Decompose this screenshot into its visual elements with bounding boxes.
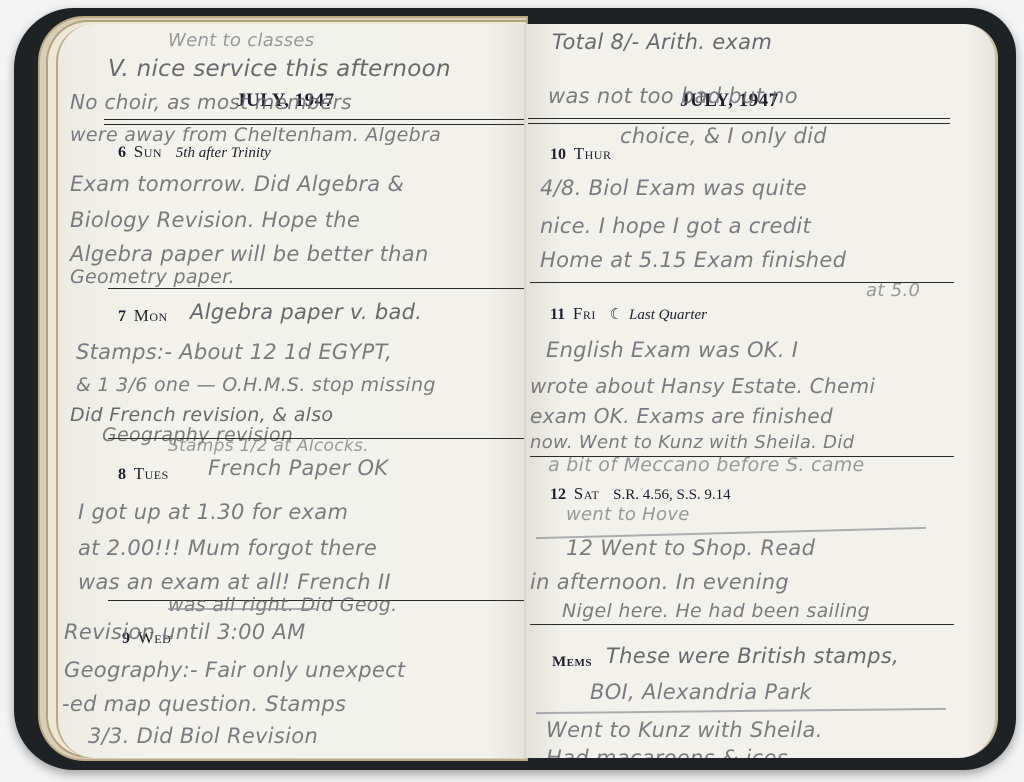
- handwriting-line: -ed map question. Stamps: [62, 692, 346, 716]
- day-name: Tues: [134, 464, 169, 483]
- handwriting-line: a bit of Meccano before S. came: [548, 454, 865, 476]
- handwriting-line: French Paper OK: [208, 456, 388, 480]
- day-name: Thur: [574, 144, 612, 163]
- handwriting-line: Nigel here. He had been sailing: [562, 600, 870, 622]
- handwriting-line: Had macaroons & ices: [546, 746, 788, 758]
- handwriting-line: was all right. Did Geog.: [168, 594, 397, 616]
- handwriting-line: 3/3. Did Biol Revision: [88, 724, 318, 748]
- handwriting-line: Went to Kunz with Sheila.: [546, 718, 823, 742]
- day-number: 7: [118, 308, 126, 325]
- handwriting-line: V. nice service this afternoon: [108, 56, 451, 82]
- pencil-divider-mark: [536, 708, 946, 714]
- handwriting-line: was an exam at all! French II: [78, 570, 391, 594]
- handwriting-line: now. Went to Kunz with Sheila. Did: [530, 432, 854, 453]
- day-label-11-fri: 11 Fri ☾Last Quarter: [550, 304, 707, 324]
- handwriting-line: No choir, as most members: [70, 90, 352, 114]
- handwriting-line: went to Hove: [566, 504, 690, 525]
- day-label-12-sat: 12 Sat S.R. 4.56, S.S. 9.14: [550, 484, 731, 504]
- day-label-7-mon: 7 Mon: [118, 306, 168, 326]
- day-divider: [108, 288, 524, 289]
- handwriting-line: Algebra paper will be better than: [70, 242, 429, 266]
- day-number: 8: [118, 466, 126, 483]
- handwriting-line: Algebra paper v. bad.: [190, 300, 422, 324]
- day-number: 10: [550, 146, 566, 163]
- handwriting-line: Biology Revision. Hope the: [70, 208, 360, 232]
- day-divider: [530, 624, 954, 625]
- handwriting-line: at 2.00!!! Mum forgot there: [78, 536, 377, 560]
- moon-phase-note: ☾Last Quarter: [610, 307, 707, 323]
- handwriting-line: Home at 5.15 Exam finished: [540, 248, 846, 272]
- mems-label: Mems: [552, 654, 592, 671]
- handwriting-line: at 5.0: [866, 280, 920, 301]
- day-label-10-thur: 10 Thur: [550, 144, 611, 164]
- handwriting-line: Did French revision, & also: [70, 404, 333, 426]
- handwriting-line: & 1 3/6 one — O.H.M.S. stop missing: [76, 374, 436, 396]
- handwriting-line: wrote about Hansy Estate. Chemi: [530, 374, 875, 398]
- day-name: Sun: [134, 142, 162, 161]
- handwriting-line: BOI, Alexandria Park: [590, 680, 812, 704]
- handwriting-line: Revision until 3:00 AM: [64, 620, 306, 644]
- handwriting-line: Total 8/- Arith. exam: [552, 30, 772, 54]
- handwriting-line: Went to classes: [168, 30, 315, 51]
- moon-phase-icon: ☾: [610, 307, 623, 323]
- day-name: Mon: [134, 306, 168, 325]
- day-number: 11: [550, 306, 565, 323]
- handwriting-line: Stamps 1/2 at Alcocks.: [168, 436, 369, 456]
- handwriting-line: choice, & I only did: [620, 124, 827, 148]
- handwriting-line: exam OK. Exams are finished: [530, 404, 833, 428]
- left-page: Went to classes V. nice service this aft…: [56, 24, 526, 758]
- day-number: 6: [118, 144, 126, 161]
- handwriting-line: Stamps:- About 12 1d EGYPT,: [76, 340, 392, 364]
- strikethrough-mark: [168, 608, 318, 610]
- handwriting-line: nice. I hope I got a credit: [540, 214, 811, 238]
- handwriting-line: I got up at 1.30 for exam: [78, 500, 348, 524]
- moon-phase-label: Last Quarter: [629, 307, 707, 323]
- handwriting-line: These were British stamps,: [606, 644, 899, 668]
- handwriting-line: Geometry paper.: [70, 266, 235, 288]
- right-page: Total 8/- Arith. exam JULY, 1947 was not…: [526, 24, 998, 758]
- day-name: Fri: [573, 304, 596, 323]
- day-label-6-sun: 6 Sun 5th after Trinity: [118, 142, 271, 162]
- day-name: Sat: [574, 484, 600, 503]
- handwriting-line: was not too bad but no: [548, 84, 798, 108]
- handwriting-line: Exam tomorrow. Did Algebra &: [70, 172, 404, 196]
- day-number: 12: [550, 486, 566, 503]
- handwriting-line: 12 Went to Shop. Read: [566, 536, 815, 560]
- day-label-8-tues: 8 Tues: [118, 464, 169, 484]
- mems-heading: Mems: [552, 654, 592, 670]
- handwriting-line: English Exam was OK. I: [546, 338, 798, 362]
- handwriting-line: Geography:- Fair only unexpect: [64, 658, 405, 682]
- sunrise-sunset-times: S.R. 4.56, S.S. 9.14: [613, 487, 731, 503]
- handwriting-line: 4/8. Biol Exam was quite: [540, 176, 807, 200]
- handwriting-line: in afternoon. In evening: [530, 570, 789, 594]
- liturgical-note: 5th after Trinity: [176, 145, 271, 161]
